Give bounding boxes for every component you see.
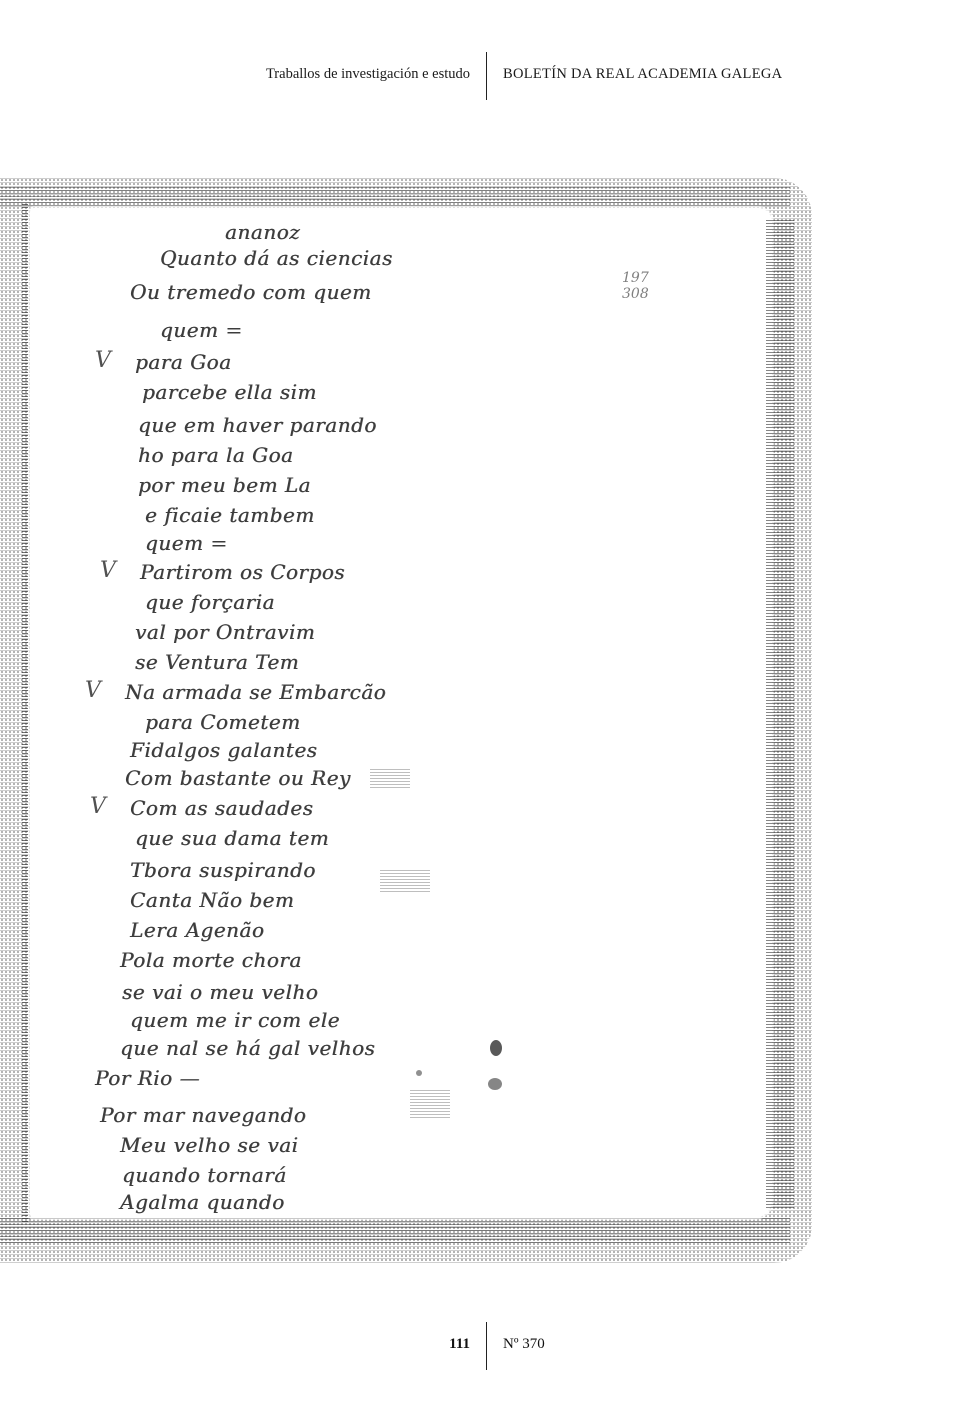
manuscript-line: val por Ontravim (135, 620, 315, 644)
manuscript-line: ananoz (225, 220, 300, 244)
manuscript-line: parcebe ella sim (142, 380, 317, 404)
manuscript-line: Canta Não bem (130, 888, 294, 912)
stanza-mark: V (90, 794, 106, 819)
manuscript-line: ho para la Goa (138, 443, 293, 467)
running-header: Traballos de investigación e estudo BOLE… (0, 52, 975, 100)
manuscript-line: e ficaie tambem (145, 503, 315, 527)
scan-smudge (410, 1088, 450, 1118)
leaf-edge-top (0, 186, 790, 206)
manuscript-line: que nal se há gal velhos (120, 1036, 375, 1060)
ink-blot (490, 1040, 502, 1056)
leaf-edge-left (22, 202, 28, 1222)
manuscript-leaf: 197 308 ananozQuanto dá as cienciasOu tr… (30, 208, 772, 1218)
manuscript-line: se Ventura Tem (135, 650, 299, 674)
manuscript-line: Partirom os Corpos (140, 560, 345, 584)
journal-title: BOLETÍN DA REAL ACADEMIA GALEGA (503, 66, 782, 83)
scan-smudge (380, 868, 430, 892)
header-divider (486, 52, 487, 100)
manuscript-line: Ou tremedo com quem (130, 280, 372, 304)
ink-blot (488, 1078, 502, 1090)
manuscript-line: que forçaria (145, 590, 275, 614)
ink-blot (416, 1070, 422, 1076)
manuscript-line: para Cometem (145, 710, 301, 734)
manuscript-line: Com as saudades (130, 796, 313, 820)
manuscript-line: Quanto dá as ciencias (160, 246, 393, 270)
section-title: Traballos de investigación e estudo (266, 66, 470, 83)
manuscript-line: Por mar navegando (100, 1103, 306, 1127)
issue-number: Nº 370 (503, 1336, 545, 1353)
manuscript-line: quem = (160, 318, 243, 342)
manuscript-line: para Goa (135, 350, 232, 374)
manuscript-line: que em haver parando (138, 413, 377, 437)
stanza-mark: V (100, 558, 116, 583)
manuscript-line: Lera Agenão (130, 918, 264, 942)
manuscript-line: Meu velho se vai (120, 1133, 298, 1157)
scan-smudge (370, 768, 410, 788)
manuscript-text: ananozQuanto dá as cienciasOu tremedo co… (30, 208, 772, 1218)
manuscript-line: Com bastante ou Rey (125, 766, 351, 790)
manuscript-line: que sua dama tem (135, 826, 329, 850)
manuscript-line: Pola morte chora (120, 948, 302, 972)
stanza-mark: V (95, 348, 111, 373)
leaf-edge-bottom (0, 1217, 790, 1243)
manuscript-line: Na armada se Embarcão (125, 680, 386, 704)
manuscript-facsimile: 197 308 ananozQuanto dá as cienciasOu tr… (0, 178, 812, 1263)
manuscript-line: Agalma quando (120, 1190, 285, 1214)
page-number: 111 (449, 1336, 470, 1353)
stanza-mark: V (85, 678, 101, 703)
manuscript-line: Por Rio — (95, 1066, 200, 1090)
page-footer: 111 Nº 370 (0, 1322, 975, 1370)
manuscript-line: quem me ir com ele (130, 1008, 340, 1032)
manuscript-line: Tbora suspirando (130, 858, 316, 882)
manuscript-line: por meu bem La (138, 473, 311, 497)
manuscript-line: quando tornará (122, 1163, 287, 1187)
leaf-edge-right (766, 218, 794, 1208)
manuscript-line: se vai o meu velho (122, 980, 318, 1004)
manuscript-line: Fidalgos galantes (130, 738, 317, 762)
manuscript-line: quem = (145, 531, 228, 555)
footer-divider (486, 1322, 487, 1370)
